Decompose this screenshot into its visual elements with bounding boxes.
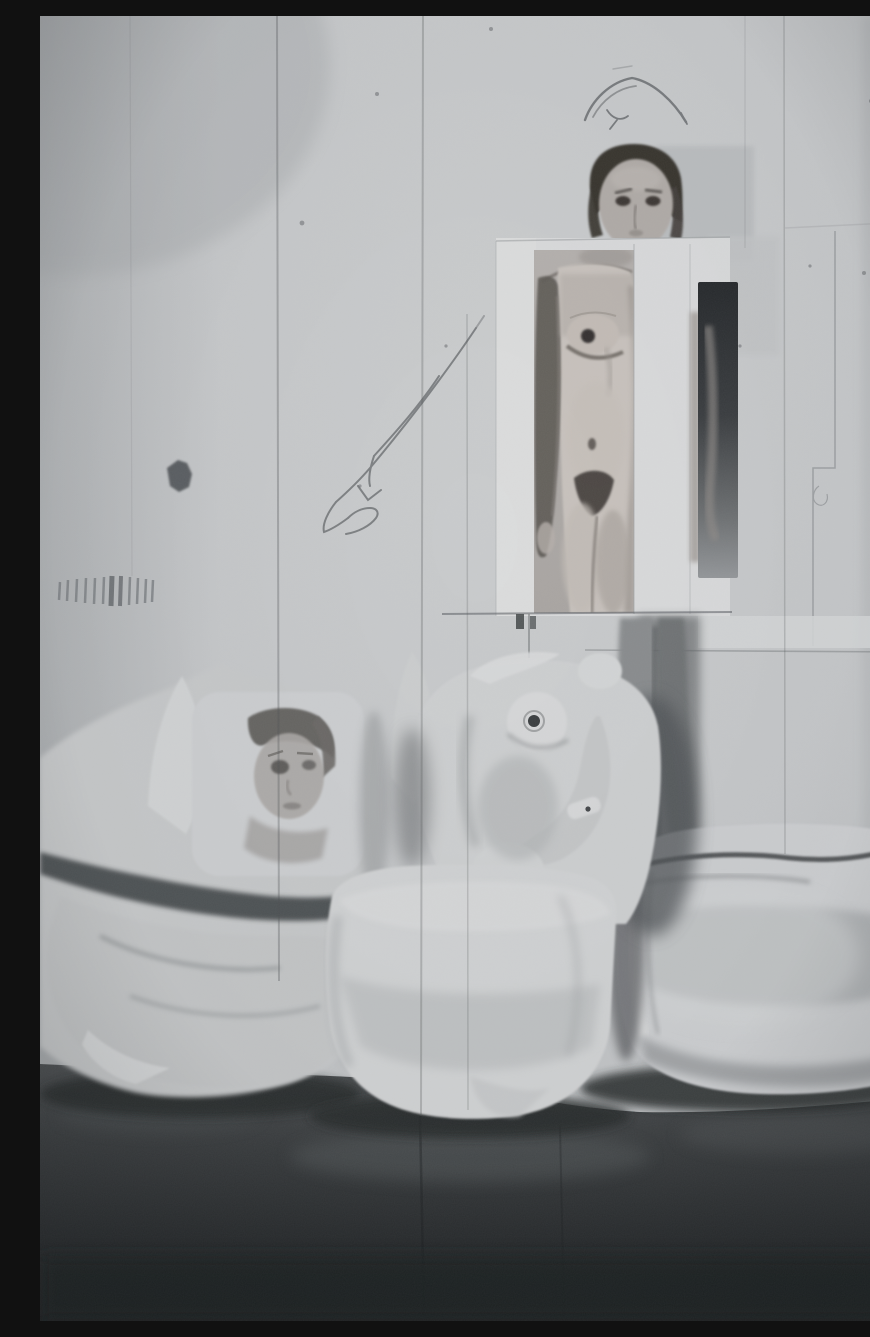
photo-canvas [40, 16, 870, 1321]
vignette-overlay [40, 16, 870, 1321]
photograph [40, 16, 870, 1321]
